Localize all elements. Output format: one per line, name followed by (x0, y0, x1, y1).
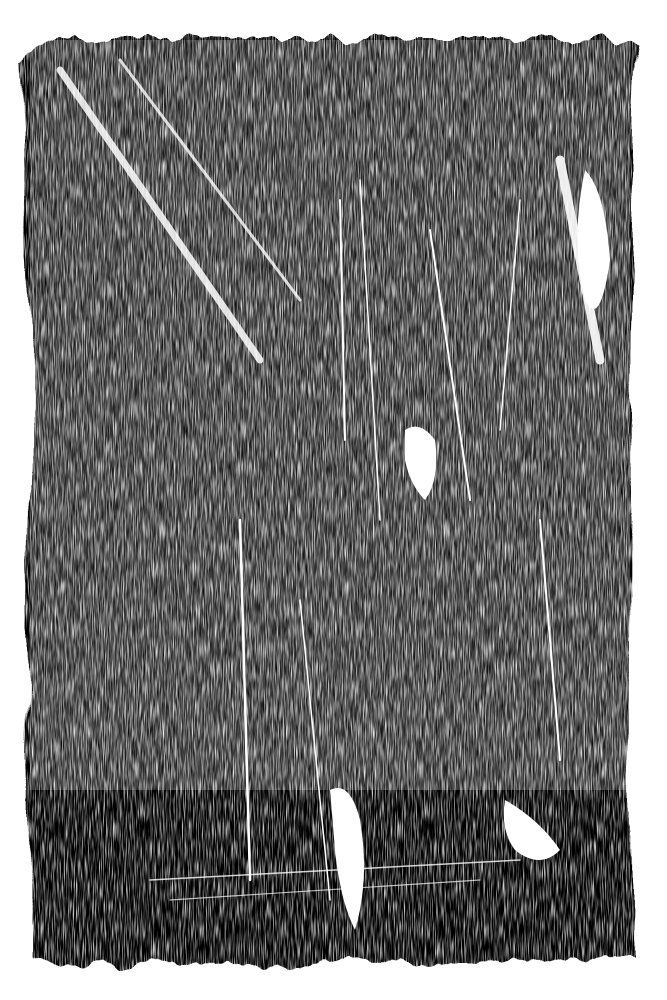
grunge-texture (0, 0, 667, 1000)
